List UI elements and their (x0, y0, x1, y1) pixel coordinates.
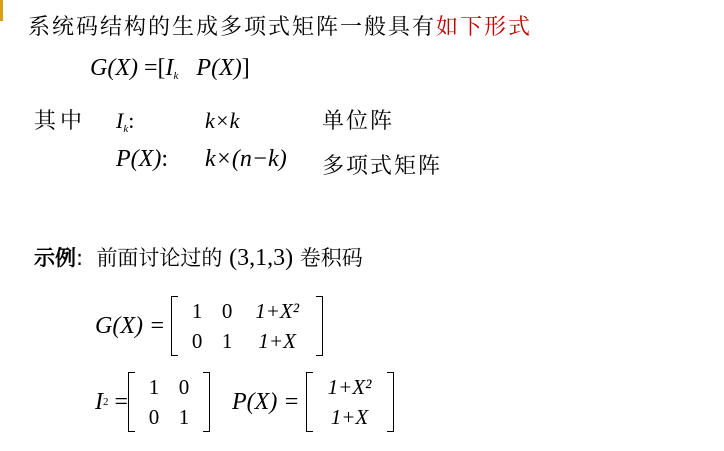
where-row-1-desc: 单位阵 (322, 104, 394, 135)
formula-close: ] (242, 55, 250, 81)
example-suffix: 卷积码 (300, 246, 363, 270)
matrix-G-lhs: G(X) = (95, 313, 165, 340)
example-text: 前面讨论过的 (96, 246, 222, 270)
matrix-cell: 1+X² (242, 298, 312, 324)
bracket-left (171, 296, 178, 356)
formula-eq: = (144, 55, 158, 81)
matrix-cell: 0 (182, 328, 212, 354)
bracket-right (316, 296, 323, 356)
colon: : (161, 146, 168, 172)
bracket-right (203, 372, 210, 432)
where-row-2-symbol: P(X): (116, 146, 168, 173)
where-row-2-dim: k×(n−k) (205, 146, 287, 173)
formula-I-sub: k (174, 70, 179, 82)
where-row-1-symbol: Ik: (116, 108, 134, 135)
matrix-I2: 1 0 0 1 (128, 372, 210, 432)
matrix-I2-equation: I2 = 1 0 0 1 (95, 372, 210, 432)
symbol-P: P(X) (116, 146, 161, 172)
formula-open: [ (158, 55, 166, 81)
matrix-cell: 1 (169, 404, 199, 430)
bracket-left (128, 372, 135, 432)
matrix-cell: 1+X (242, 328, 312, 354)
matrix-cell: 0 (139, 404, 169, 430)
slide-accent-bar (0, 0, 3, 21)
matrix-cell: 1+X (317, 404, 383, 430)
matrix-G-equation: G(X) = 1 0 1+X² 0 1 1+X (95, 296, 323, 356)
where-row-2-desc: 多项式矩阵 (322, 149, 442, 180)
where-row-1-dim: k×k (205, 108, 239, 134)
matrix-P: 1+X² 1+X (306, 372, 394, 432)
matrix-G: 1 0 1+X² 0 1 1+X (171, 296, 323, 356)
matrix-cell: 1 (139, 374, 169, 400)
matrix-I2-sub: 2 (103, 396, 109, 408)
title-text: 系统码结构的生成多项式矩阵一般具有 (28, 15, 436, 40)
formula-P: P(X) (196, 55, 241, 81)
matrix-cell: 1 (182, 298, 212, 324)
colon: : (128, 108, 134, 133)
matrix-P-lhs: P(X) = (232, 389, 300, 416)
bracket-right (387, 372, 394, 432)
example-label: 示例 (34, 246, 76, 270)
matrix-I2-lhs: I (95, 389, 103, 416)
generator-matrix-formula: G(X) =[Ik P(X)] (90, 55, 250, 82)
where-label: 其中 (34, 104, 86, 135)
matrix-cell: 0 (212, 298, 242, 324)
matrix-P-equation: P(X) = 1+X² 1+X (232, 372, 394, 432)
matrix-cell: 1 (212, 328, 242, 354)
example-colon: : (76, 246, 83, 270)
matrix-cell: 0 (169, 374, 199, 400)
example-code-params: (3,1,3) (229, 245, 293, 271)
example-line: 示例: 前面讨论过的 (3,1,3) 卷积码 (34, 242, 363, 272)
matrix-I2-eq: = (115, 389, 129, 416)
title-highlight: 如下形式 (436, 15, 532, 40)
bracket-left (306, 372, 313, 432)
matrix-cell: 1+X² (317, 374, 383, 400)
slide-title: 系统码结构的生成多项式矩阵一般具有如下形式 (28, 10, 532, 41)
formula-I: I (166, 55, 174, 81)
formula-lhs: G(X) (90, 55, 138, 81)
